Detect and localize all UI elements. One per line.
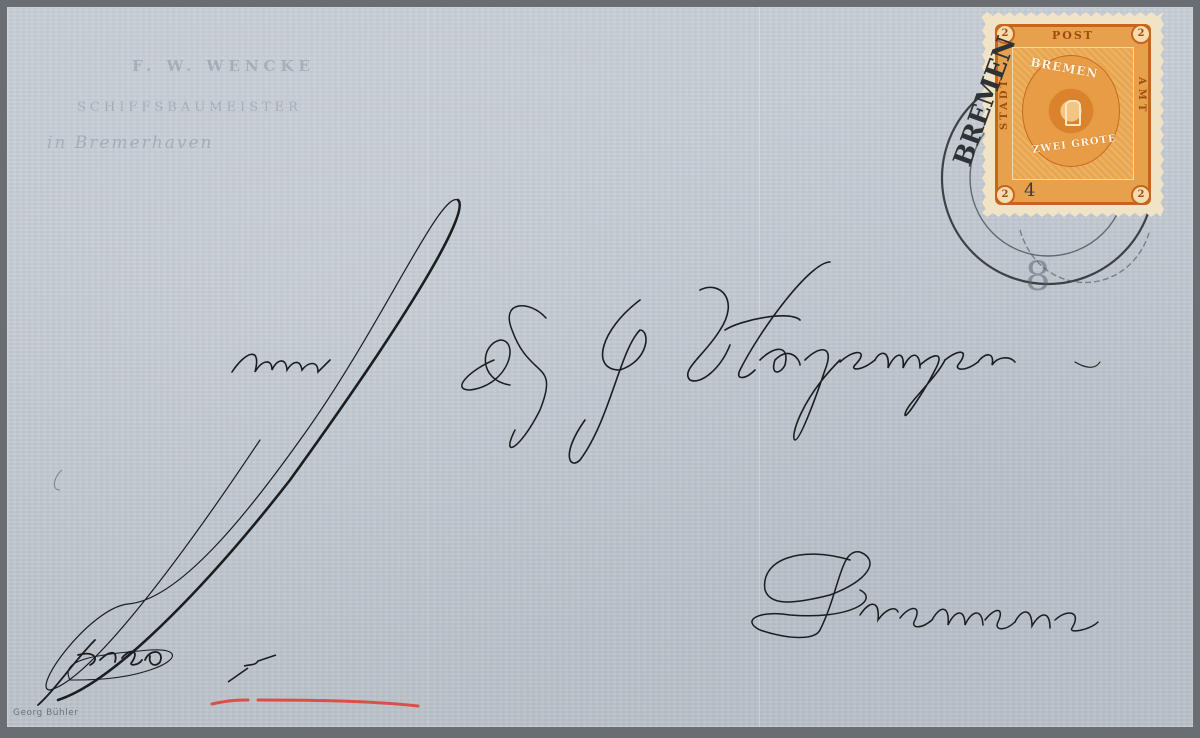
- fold-line: [759, 7, 760, 727]
- letterhead-profession: SCHIFFSBAUMEISTER: [77, 100, 302, 115]
- stamp-label-amt: AMT: [1136, 77, 1147, 115]
- photo-credit: Georg Bühler: [13, 708, 78, 718]
- image-frame: F. W. WENCKE SCHIFFSBAUMEISTER in Bremer…: [0, 0, 1200, 738]
- stamp-design: POST STADT AMT BREMEN ZWEI GROTE 2 2 2 2: [995, 24, 1151, 205]
- letterhead-place: in Bremerhaven: [47, 133, 213, 153]
- letterhead-name: F. W. WENCKE: [132, 57, 315, 75]
- stamp-label-stadt: STADT: [999, 77, 1010, 130]
- stamp-label-post: POST: [998, 29, 1148, 42]
- stamp-corner-value: 2: [1131, 185, 1151, 205]
- stamp-corner-value: 2: [995, 185, 1015, 205]
- stamp-corner-value: 2: [1131, 24, 1151, 44]
- fold-line: [427, 7, 428, 727]
- stamp-corner-value: 2: [995, 24, 1015, 44]
- bremen-key-icon: [1065, 100, 1081, 126]
- postage-stamp: POST STADT AMT BREMEN ZWEI GROTE 2 2 2 2: [982, 12, 1164, 217]
